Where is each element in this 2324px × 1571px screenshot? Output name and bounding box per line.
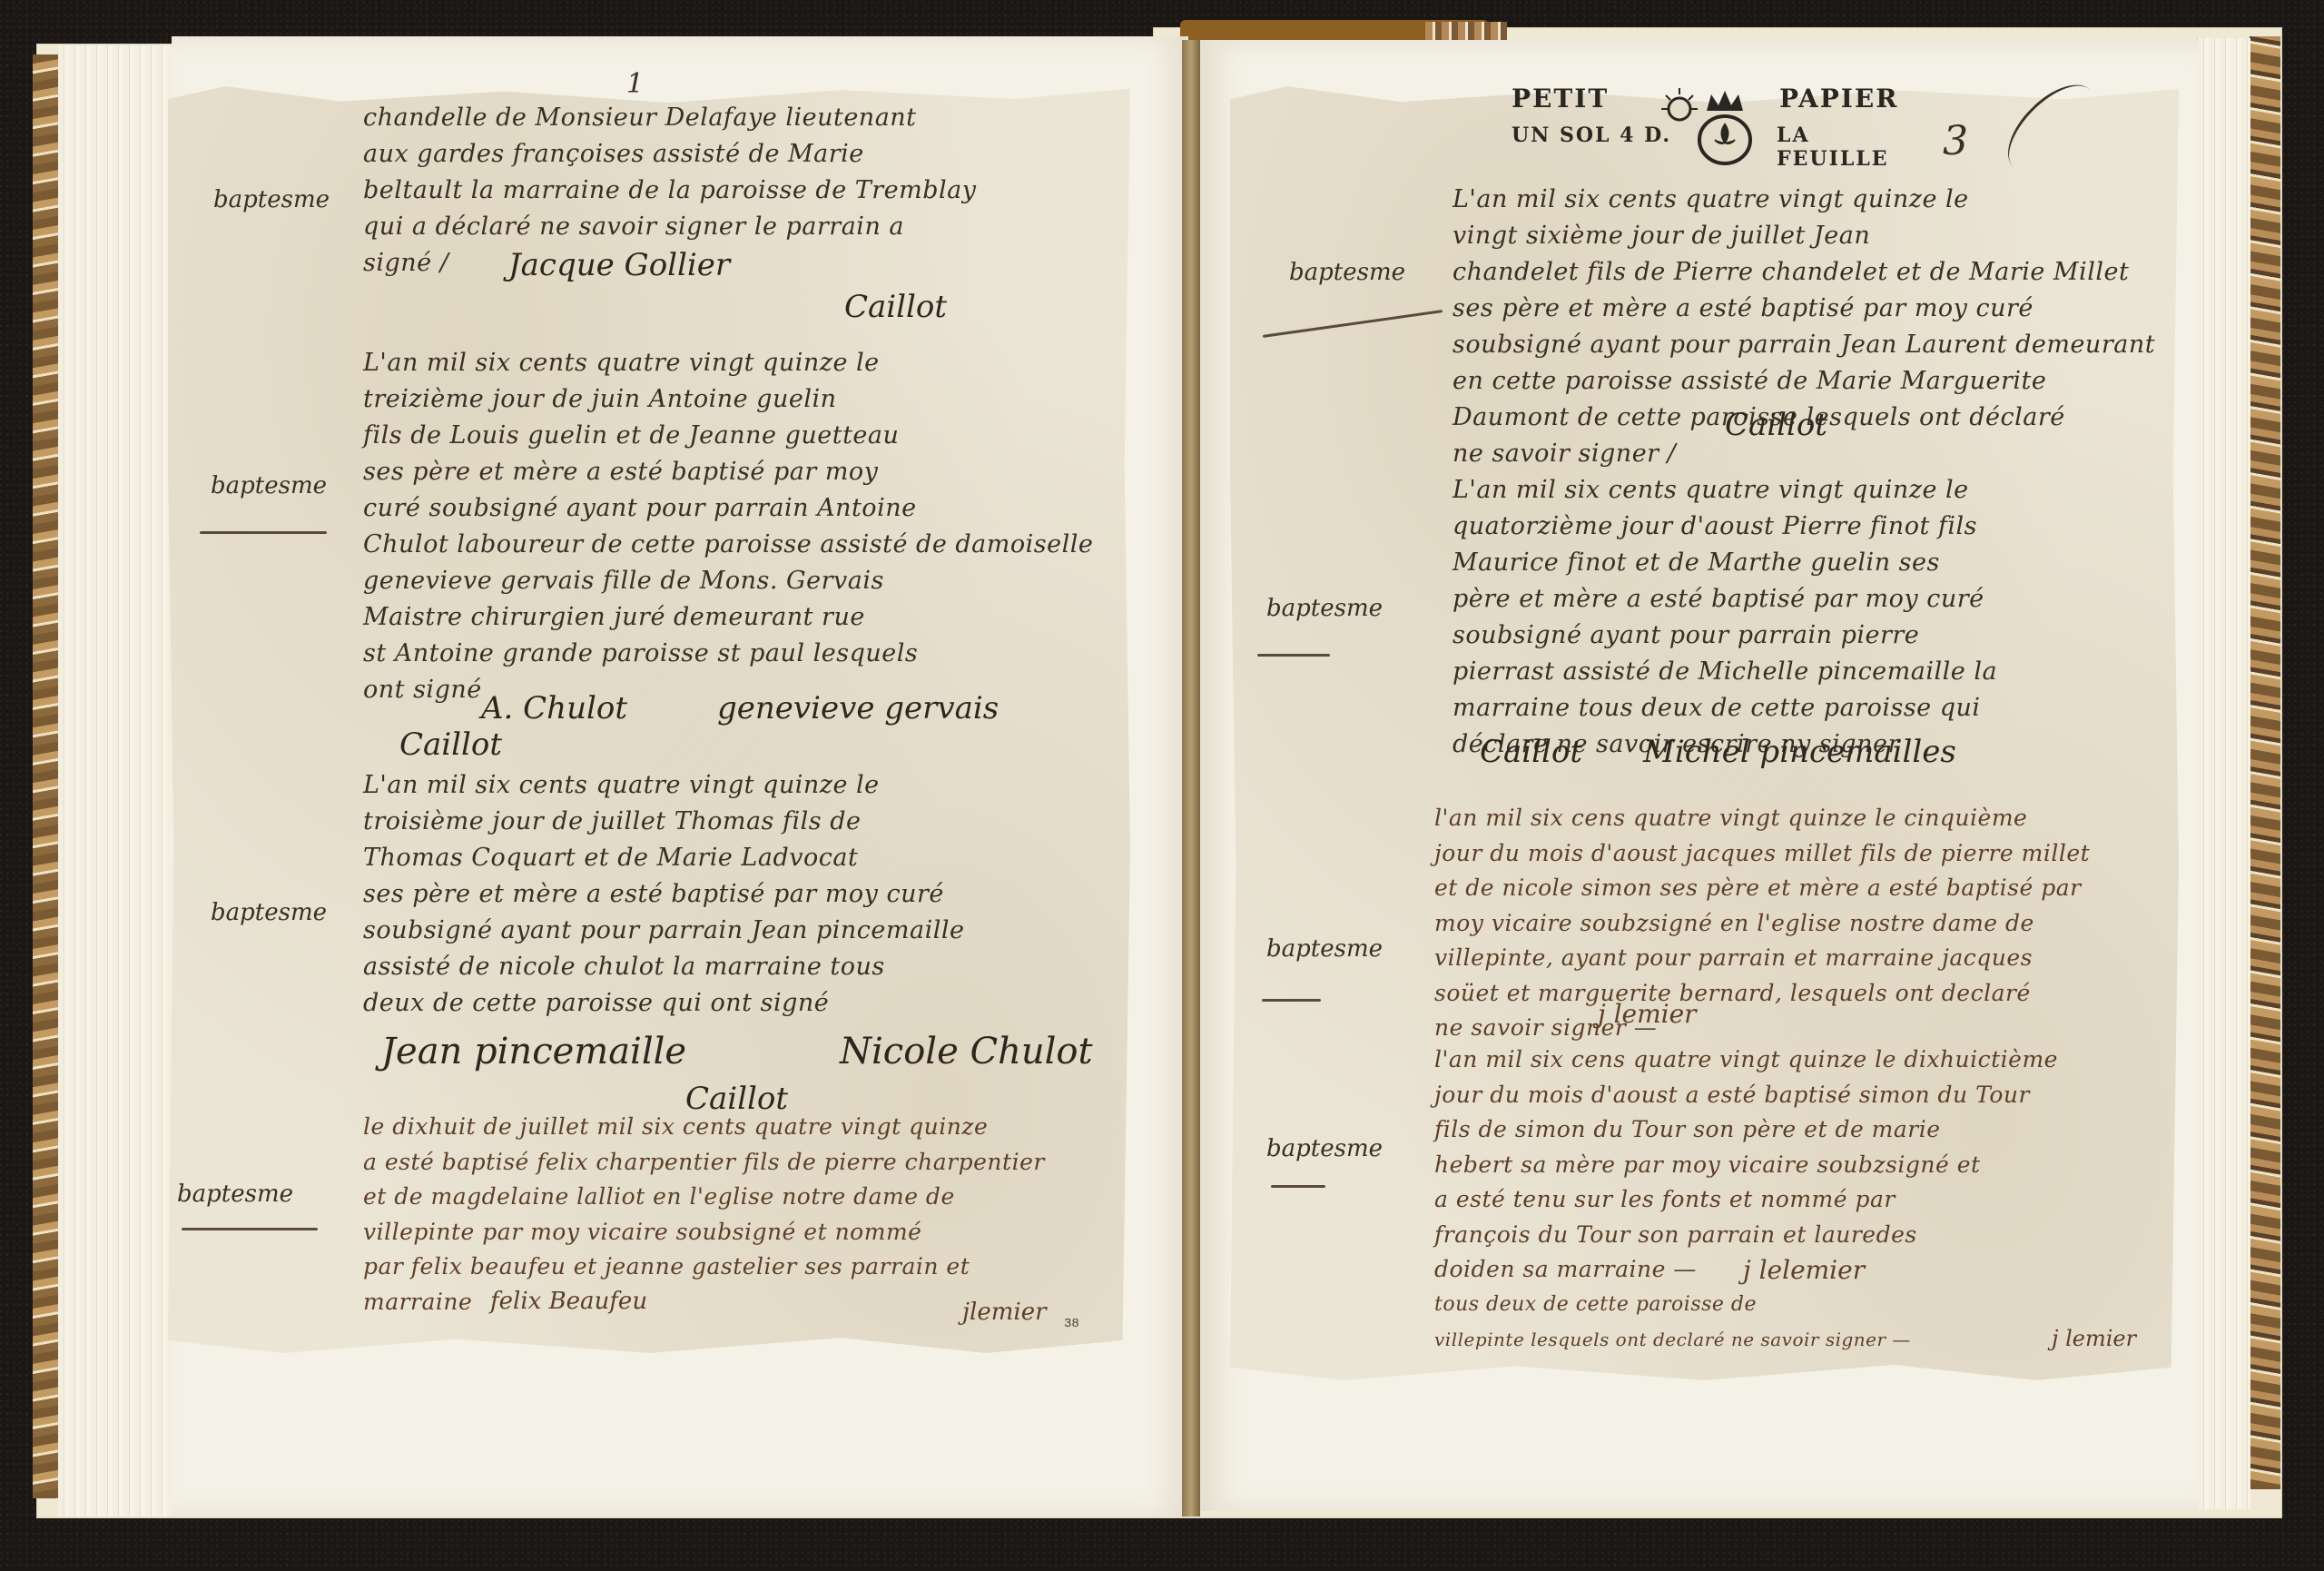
entry-line: Maistre chirurgien juré demeurant rue [363, 599, 1093, 636]
crown-fleur-de-lis-emblem-icon [1657, 84, 1775, 170]
spine-marbled-edge [1425, 22, 1507, 40]
entry-line: qui a déclaré ne savoir signer le parrai… [363, 209, 977, 245]
entry-line: beltault la marraine de la paroisse de T… [363, 173, 977, 209]
entry-line: vingt sixième jour de juillet Jean [1452, 218, 2155, 254]
entry-line: Thomas Coquart et de Marie Ladvocat [363, 840, 964, 876]
entry-line: curé soubsigné ayant pour parrain Antoin… [363, 490, 1093, 527]
entry-line: chandelet fils de Pierre chandelet et de… [1452, 254, 2155, 291]
entry-line: villepinte par moy vicaire soubsigné et … [363, 1215, 1045, 1250]
entry-line: ses père et mère a esté baptisé par moy … [363, 876, 964, 913]
entry-line: et de nicole simon ses père et mère a es… [1434, 871, 2090, 906]
entry-line: jour du mois d'aoust jacques millet fils… [1434, 836, 2090, 872]
entry-line: ses père et mère a esté baptisé par moy [363, 454, 1093, 490]
entry-line: et de magdelaine lalliot en l'eglise not… [363, 1180, 1045, 1215]
entry-line: villepinte lesquels ont declaré ne savoi… [1434, 1322, 2058, 1358]
stamp-text: UN SOL 4 D. [1512, 124, 1671, 147]
margin-label-baptesme: baptesme [1266, 1135, 1383, 1162]
entry-line: soubsigné ayant pour parrain Jean Lauren… [1452, 327, 2155, 363]
entry-line: fils de simon du Tour son père et de mar… [1434, 1112, 2058, 1148]
entry-line: le dixhuit de juillet mil six cents quat… [363, 1110, 1045, 1145]
entry-line: tous deux de cette paroisse de [1434, 1288, 2058, 1323]
entry-line: l'an mil six cens quatre vingt quinze le… [1434, 801, 2090, 836]
margin-label-baptesme: baptesme [177, 1181, 293, 1208]
entry-line: genevieve gervais fille de Mons. Gervais [363, 563, 1093, 599]
signature: felix Beaufeu [490, 1288, 647, 1315]
margin-rule [182, 1228, 318, 1230]
margin-label-baptesme: baptesme [211, 472, 327, 499]
entry-line: chandelle de Monsieur Delafaye lieutenan… [363, 100, 977, 136]
signature: j lemier [2052, 1326, 2136, 1351]
entry-line: Maurice finot et de Marthe guelin ses [1452, 545, 1997, 581]
margin-label-baptesme: baptesme [1266, 595, 1383, 622]
register-entry: le dixhuit de juillet mil six cents quat… [363, 1110, 1045, 1319]
marbled-endpaper-left [33, 54, 58, 1498]
entry-line: quatorzième jour d'aoust Pierre finot fi… [1452, 509, 1997, 545]
page-stack-right [2197, 38, 2250, 1509]
signature: genevieve gervais [717, 690, 999, 726]
signature-caillot: Caillot [1725, 407, 1827, 443]
entry-line: Chulot laboureur de cette paroisse assis… [363, 527, 1093, 563]
signature: Jean pincemaille [381, 1031, 686, 1072]
entry-line: jour du mois d'aoust a esté baptisé simo… [1434, 1078, 2058, 1113]
entry-line: treizième jour de juin Antoine guelin [363, 381, 1093, 418]
entry-line: L'an mil six cents quatre vingt quinze l… [1452, 472, 1997, 509]
entry-line: marraine tous deux de cette paroisse qui [1452, 690, 1997, 726]
entry-line: st Antoine grande paroisse st paul lesqu… [363, 636, 1093, 672]
signature-caillot: Caillot [1480, 734, 1582, 770]
entry-line: L'an mil six cents quatre vingt quinze l… [363, 345, 1093, 381]
entry-line: fils de Louis guelin et de Jeanne guette… [363, 418, 1093, 454]
register-entry: l'an mil six cens quatre vingt quinze le… [1434, 801, 2090, 1046]
entry-line: en cette paroisse assisté de Marie Margu… [1452, 363, 2155, 400]
entry-line: pierrast assisté de Michelle pincemaille… [1452, 654, 1997, 690]
margin-label-baptesme: baptesme [1266, 935, 1383, 963]
marbled-endpaper-right [2250, 36, 2280, 1489]
folio-mark-left: 1 [626, 68, 644, 100]
margin-rule [1257, 654, 1330, 657]
signature-caillot: Caillot [399, 726, 502, 763]
entry-line: troisième jour de juillet Thomas fils de [363, 804, 964, 840]
register-entry: l'an mil six cens quatre vingt quinze le… [1434, 1042, 2058, 1358]
entry-line: soubsigné ayant pour parrain pierre [1452, 618, 1997, 654]
margin-label-baptesme: baptesme [1289, 259, 1405, 286]
entry-line: aux gardes françoises assisté de Marie [363, 136, 977, 173]
entry-line: marraine [363, 1285, 1045, 1320]
signature: Jacque Gollier [508, 247, 730, 283]
entry-line: L'an mil six cents quatre vingt quinze l… [363, 767, 964, 804]
stamp-text: LA FEUILLE [1777, 124, 1911, 171]
entry-line: assisté de nicole chulot la marraine tou… [363, 949, 964, 985]
book-gutter [1182, 40, 1200, 1517]
register-entry: L'an mil six cents quatre vingt quinze l… [1452, 472, 1997, 763]
entry-line: françois du Tour son parrain et lauredes [1434, 1218, 2058, 1253]
page-stack-left [58, 45, 172, 1517]
entry-line: ses père et mère a esté baptisé par moy … [1452, 291, 2155, 327]
folio-number: 3 [1943, 118, 1968, 164]
signature: A. Chulot [481, 690, 627, 726]
entry-line: moy vicaire soubzsigné en l'eglise nostr… [1434, 906, 2090, 942]
entry-line: ne savoir signer — [1434, 1011, 2090, 1046]
entry-line: a esté baptisé felix charpentier fils de… [363, 1145, 1045, 1181]
entry-line: L'an mil six cents quatre vingt quinze l… [1452, 182, 2155, 218]
register-entry: L'an mil six cents quatre vingt quinze l… [363, 345, 1093, 708]
signature: j lemier [1598, 999, 1697, 1029]
entry-line: père et mère a esté baptisé par moy curé [1452, 581, 1997, 618]
signature: Michel pincemailles [1643, 734, 1956, 770]
entry-line: a esté tenu sur les fonts et nommé par [1434, 1182, 2058, 1218]
register-entry: L'an mil six cents quatre vingt quinze l… [363, 767, 964, 1022]
stamp-petit-papier: PETIT PAPIER UN SOL 4 D. LA FEUILLE [1512, 84, 1911, 165]
margin-label-baptesme: baptesme [211, 899, 327, 926]
signature: jlemier [962, 1299, 1047, 1326]
entry-line: par felix beaufeu et jeanne gastelier se… [363, 1250, 1045, 1285]
signature: Nicole Chulot [840, 1031, 1093, 1072]
entry-line: hebert sa mère par moy vicaire soubzsign… [1434, 1148, 2058, 1183]
margin-rule [200, 531, 327, 534]
entry-line: villepinte, ayant pour parrain et marrai… [1434, 941, 2090, 976]
entry-line: soüet et marguerite bernard, lesquels on… [1434, 976, 2090, 1012]
stamp-text: PETIT [1512, 84, 1609, 114]
margin-label-baptesme: baptesme [213, 186, 330, 213]
entry-line: l'an mil six cens quatre vingt quinze le… [1434, 1042, 2058, 1078]
entry-line: soubsigné ayant pour parrain Jean pincem… [363, 913, 964, 949]
margin-rule [1271, 1185, 1325, 1188]
signature-caillot: Caillot [844, 289, 947, 325]
margin-rule [1262, 999, 1321, 1002]
entry-line: deux de cette paroisse qui ont signé [363, 985, 964, 1022]
signature: j lelemier [1743, 1255, 1865, 1285]
archive-number: 38 [1064, 1317, 1079, 1331]
stamp-text: PAPIER [1779, 84, 1899, 114]
